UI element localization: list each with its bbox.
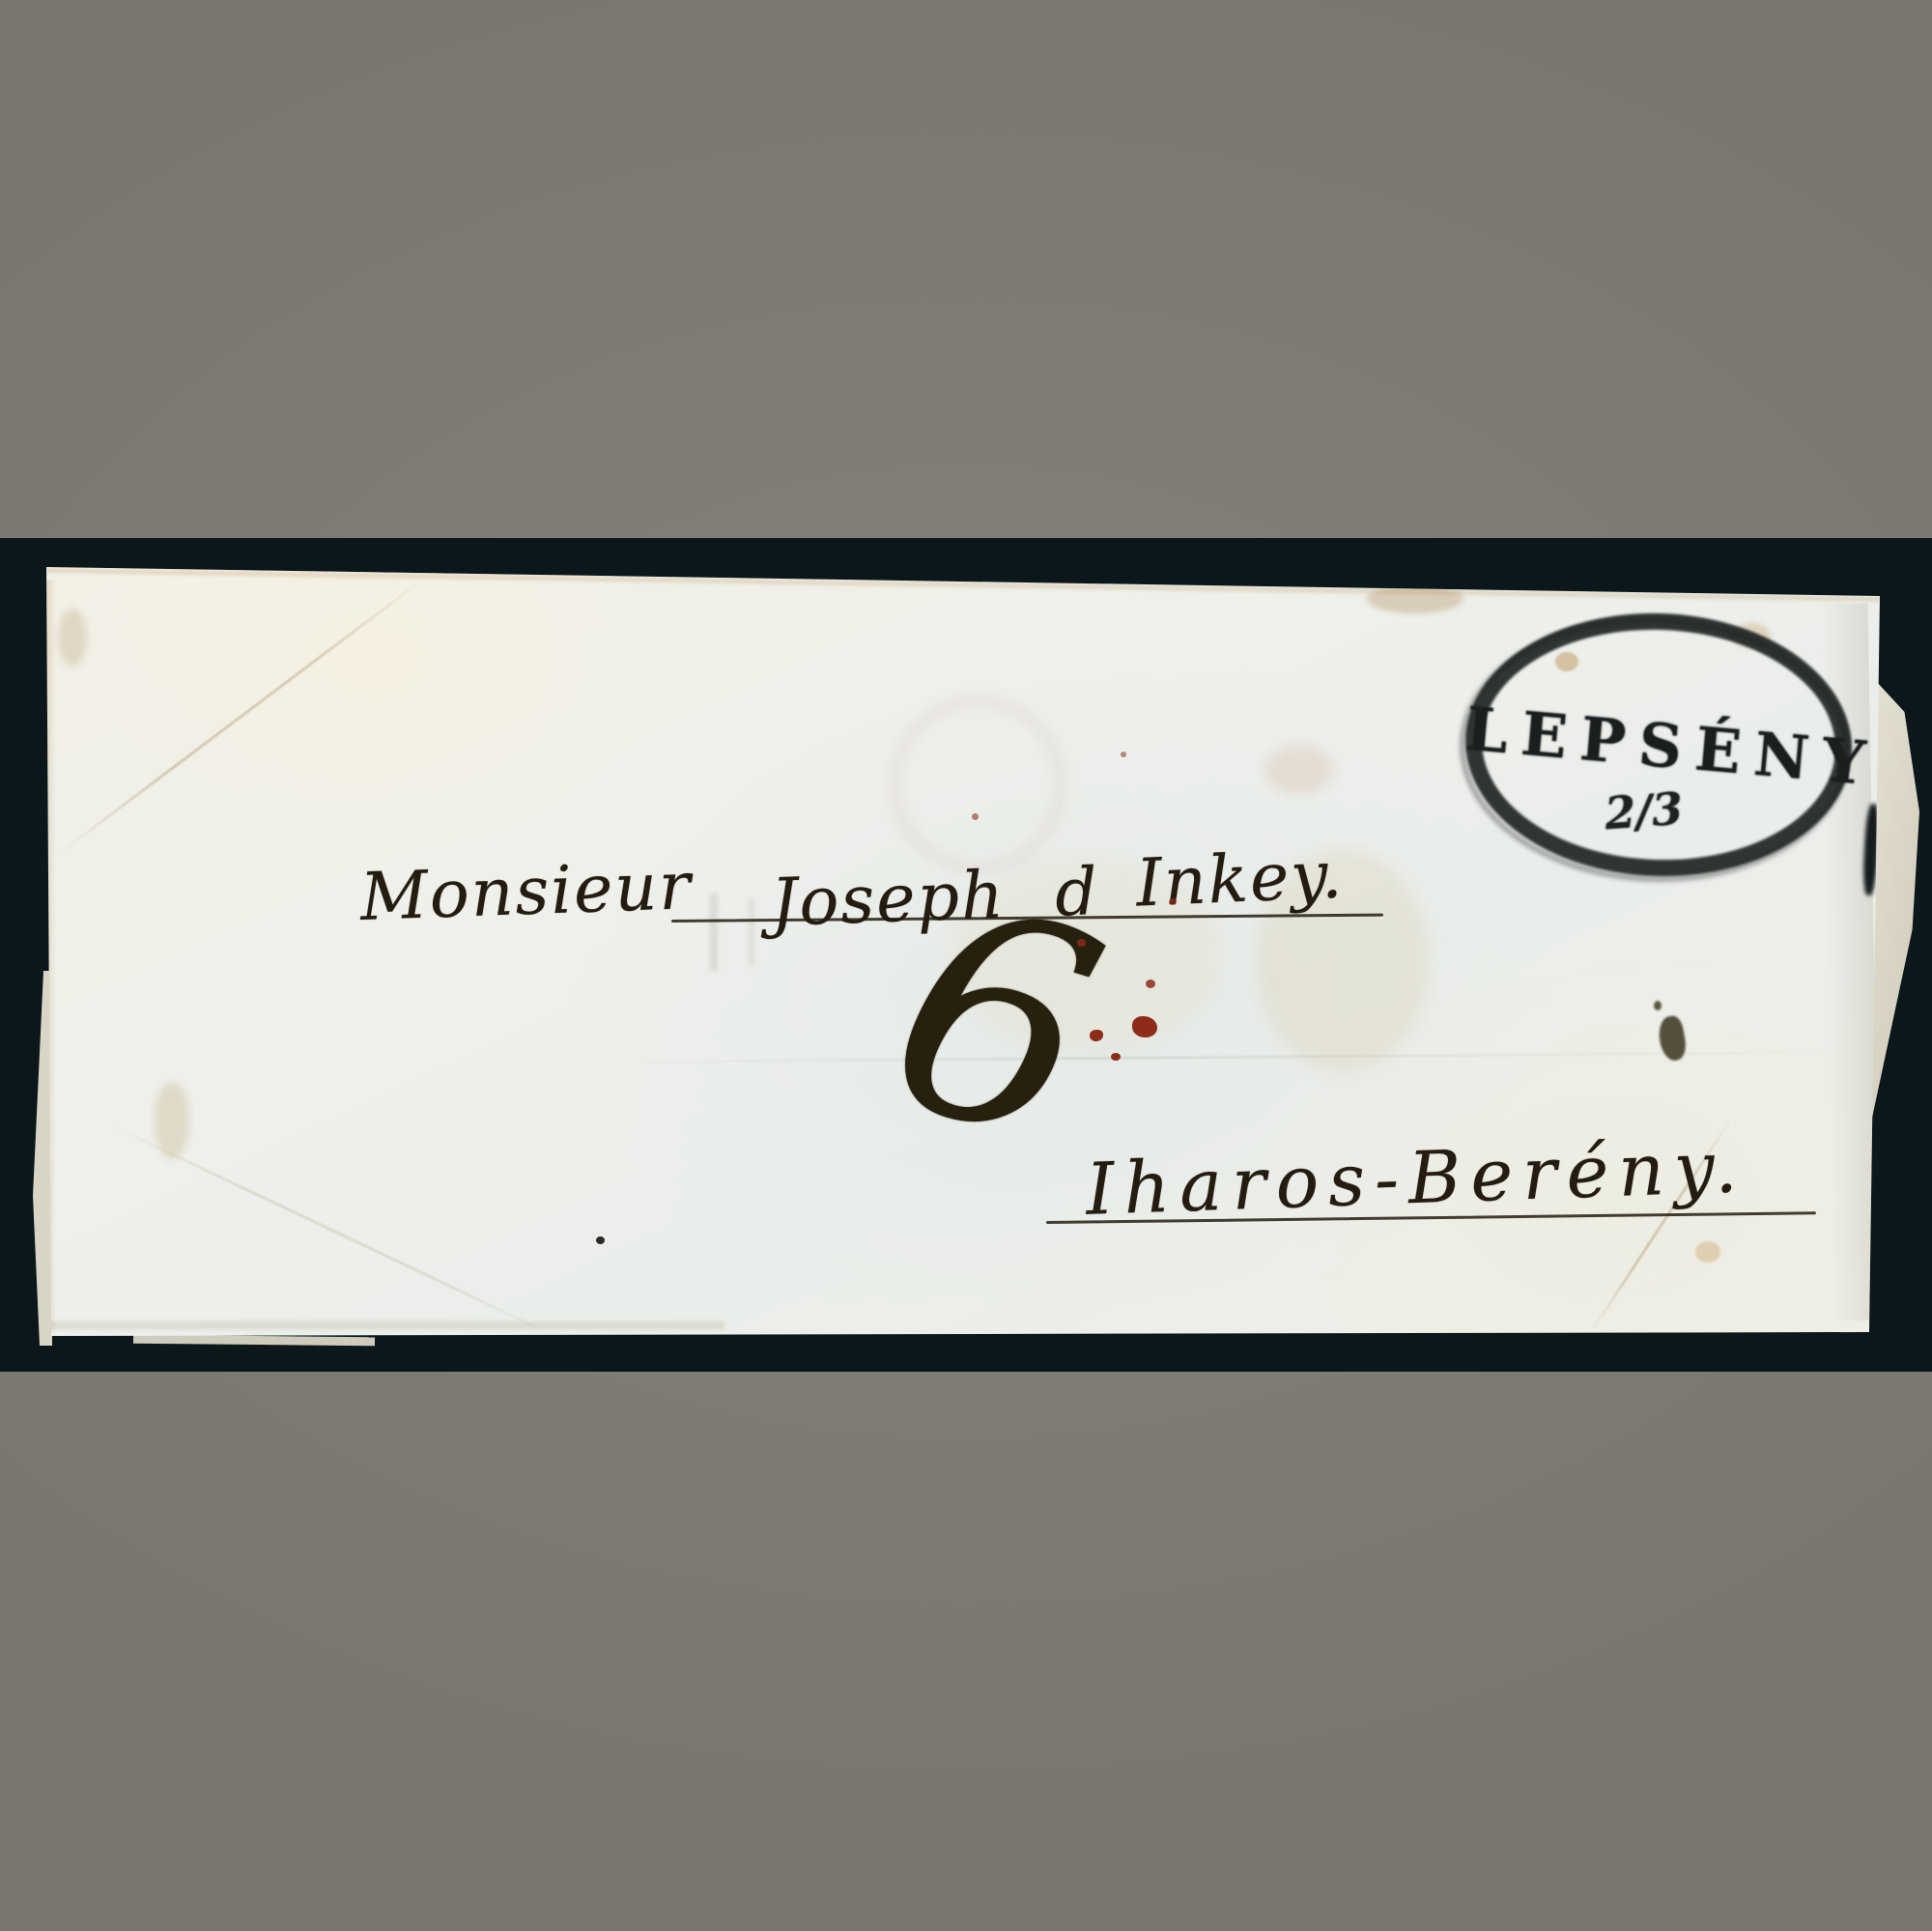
folded-letter-cover: LEPSÉNY 2/3 Monsieur Joseph d Inkey. 6 I… <box>44 565 1884 1338</box>
red-wax-speck <box>1146 980 1155 988</box>
photo-background: LEPSÉNY 2/3 Monsieur Joseph d Inkey. 6 I… <box>0 0 1932 1931</box>
bottom-edge-toning <box>48 1321 724 1329</box>
red-wax-speck <box>1169 898 1177 905</box>
foxing-spot <box>58 609 87 667</box>
foxing-spot <box>1265 746 1333 794</box>
red-wax-speck <box>1111 1053 1121 1061</box>
dark-speck <box>596 1236 605 1244</box>
red-wax-speck <box>1077 939 1086 947</box>
ink-bleed-streak <box>710 894 718 971</box>
red-wax-speck <box>1132 1016 1157 1037</box>
red-wax-speck <box>972 813 979 820</box>
address-word-surname: Inkey. <box>1134 837 1345 922</box>
crease-line <box>57 576 428 856</box>
address-word-monsieur: Monsieur <box>359 848 694 936</box>
red-wax-speck <box>1121 752 1126 757</box>
ink-blot <box>1654 1001 1662 1010</box>
foxing-spot <box>1695 1241 1720 1263</box>
ink-blot <box>1656 1014 1689 1063</box>
ink-bleed-streak <box>749 898 754 966</box>
oval-postmark: LEPSÉNY 2/3 <box>1461 607 1856 883</box>
foxing-spot <box>155 1082 189 1159</box>
